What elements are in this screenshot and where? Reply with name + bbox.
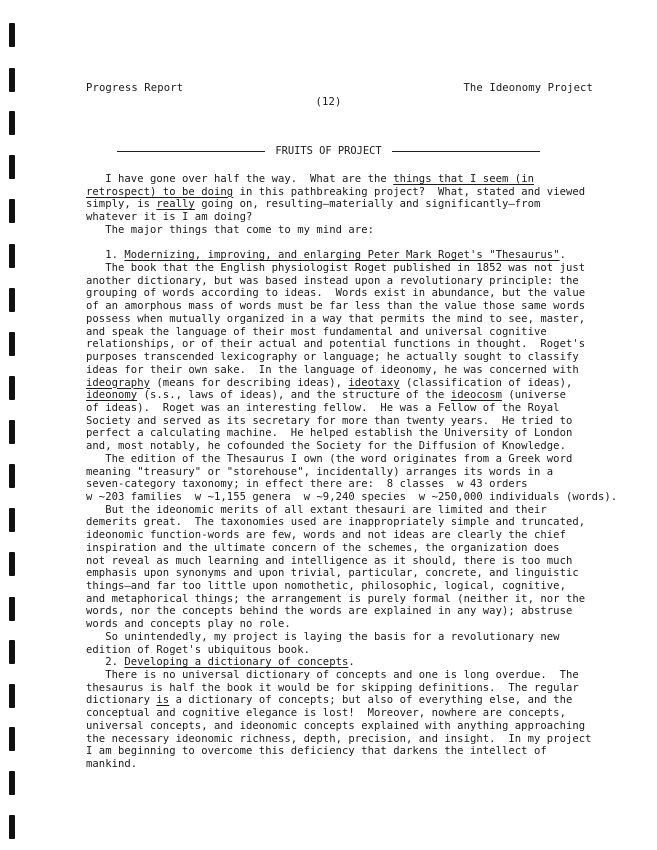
binding-mark xyxy=(9,508,15,532)
text-run: universal concepts, and ideonomic concep… xyxy=(86,720,585,732)
text-line: inspiration and the ultimate concern of … xyxy=(86,542,636,555)
binding-mark xyxy=(9,111,15,135)
binding-mark xyxy=(9,332,15,356)
binding-mark xyxy=(9,376,15,400)
section-title: FRUITS OF PROJECT xyxy=(275,145,381,157)
text-run: of ideas). Roget was an interesting fell… xyxy=(86,402,560,414)
text-run: But the ideonomic merits of all extant t… xyxy=(86,504,547,516)
text-line: thesaurus is half the book it would be f… xyxy=(86,682,636,695)
text-run: and metaphorical things; the arrangement… xyxy=(86,593,585,605)
text-line: 2. Developing a dictionary of concepts. xyxy=(86,656,636,669)
text-run: possess when mutually organized in a way… xyxy=(86,313,585,325)
text-line: But the ideonomic merits of all extant t… xyxy=(86,504,636,517)
text-run: words, nor the concepts behind the words… xyxy=(86,605,572,617)
text-line: not reveal as much learning and intellig… xyxy=(86,555,636,568)
text-line: mankind. xyxy=(86,758,636,771)
text-line: the necessary ideonomic richness, depth,… xyxy=(86,733,636,746)
text-run: edition of Roget's ubiquitous book. xyxy=(86,644,310,656)
text-line: Society and served as its secretary for … xyxy=(86,415,636,428)
text-run: 2. xyxy=(86,656,124,668)
underlined-text: Modernizing, improving, and enlarging Pe… xyxy=(124,249,559,261)
binding-mark xyxy=(9,23,15,47)
text-line: dictionary is a dictionary of concepts; … xyxy=(86,694,636,707)
text-run: I have gone over half the way. What are … xyxy=(86,173,393,185)
text-run: going on, resulting—materially and signi… xyxy=(195,198,541,210)
document-page: Progress Report The Ideonomy Project (12… xyxy=(0,0,657,850)
text-run: So unintendedly, my project is laying th… xyxy=(86,631,560,643)
text-run: emphasis upon synonyms and upon trivial,… xyxy=(86,567,579,579)
underlined-text: retrospect) to be doing xyxy=(86,186,233,198)
text-line: edition of Roget's ubiquitous book. xyxy=(86,644,636,657)
text-line: I am beginning to overcome this deficien… xyxy=(86,745,636,758)
underlined-text: things that I seem (in xyxy=(393,173,534,185)
text-run: mankind. xyxy=(86,758,137,770)
section-heading: FRUITS OF PROJECT xyxy=(0,145,657,157)
text-line: simply, is really going on, resulting—ma… xyxy=(86,198,636,211)
text-run: The book that the English physiologist R… xyxy=(86,262,585,274)
binding-mark xyxy=(9,244,15,268)
text-run: things—and far too little upon nomotheti… xyxy=(86,580,566,592)
text-line: The edition of the Thesaurus I own (the … xyxy=(86,453,636,466)
text-run: purposes transcended lexicography or lan… xyxy=(86,351,579,363)
body-text: I have gone over half the way. What are … xyxy=(86,173,636,771)
text-run: whatever it is I am doing? xyxy=(86,211,252,223)
underlined-text: ideography xyxy=(86,377,150,389)
text-run: . xyxy=(348,656,354,668)
text-line: whatever it is I am doing? xyxy=(86,211,636,224)
text-run: There is no universal dictionary of conc… xyxy=(86,669,579,681)
text-line: perfect a calculating machine. He helped… xyxy=(86,427,636,440)
text-line: grouping of words according to ideas. Wo… xyxy=(86,287,636,300)
text-run: The major things that come to my mind ar… xyxy=(86,224,374,236)
page-number: (12) xyxy=(0,96,657,108)
text-run: (s.s., laws of ideas), and the structure… xyxy=(137,389,451,401)
text-line: universal concepts, and ideonomic concep… xyxy=(86,720,636,733)
text-run: another dictionary, but was based instea… xyxy=(86,275,579,287)
underlined-text: really xyxy=(156,198,194,210)
text-run: perfect a calculating machine. He helped… xyxy=(86,427,572,439)
text-run: thesaurus is half the book it would be f… xyxy=(86,682,579,694)
text-run: seven-category taxonomy; in effect there… xyxy=(86,478,528,490)
text-line: w ~203 families w ~1,155 genera w ~9,240… xyxy=(86,491,636,504)
binding-mark xyxy=(9,155,15,179)
text-run: The edition of the Thesaurus I own (the … xyxy=(86,453,572,465)
text-run: demerits great. The taxonomies used are … xyxy=(86,516,585,528)
text-run: simply, is xyxy=(86,198,156,210)
underlined-text: is xyxy=(156,694,169,706)
section-rule-left xyxy=(117,151,265,152)
underlined-text: ideocosm xyxy=(451,389,502,401)
text-run: 1. xyxy=(86,249,124,261)
binding-mark xyxy=(9,727,15,751)
text-run: words and concepts play no role. xyxy=(86,618,291,630)
text-line: purposes transcended lexicography or lan… xyxy=(86,351,636,364)
text-line: of ideas). Roget was an interesting fell… xyxy=(86,402,636,415)
text-line: The major things that come to my mind ar… xyxy=(86,224,636,237)
text-line: retrospect) to be doing in this pathbrea… xyxy=(86,186,636,199)
text-line: things—and far too little upon nomotheti… xyxy=(86,580,636,593)
text-line xyxy=(86,237,636,250)
text-run: inspiration and the ultimate concern of … xyxy=(86,542,560,554)
text-line: The book that the English physiologist R… xyxy=(86,262,636,275)
text-line: of an amorphous mass of words must be fa… xyxy=(86,300,636,313)
text-line: 1. Modernizing, improving, and enlarging… xyxy=(86,249,636,262)
text-line: conceptual and cognitive elegance is los… xyxy=(86,707,636,720)
text-run: of an amorphous mass of words must be fa… xyxy=(86,300,585,312)
text-line: There is no universal dictionary of conc… xyxy=(86,669,636,682)
text-line: emphasis upon synonyms and upon trivial,… xyxy=(86,567,636,580)
text-line: and metaphorical things; the arrangement… xyxy=(86,593,636,606)
binding-mark xyxy=(9,640,15,664)
text-run: in this pathbreaking project? What, stat… xyxy=(233,186,585,198)
text-run: not reveal as much learning and intellig… xyxy=(86,555,572,567)
text-line: ideonomy (s.s., laws of ideas), and the … xyxy=(86,389,636,402)
text-line: So unintendedly, my project is laying th… xyxy=(86,631,636,644)
text-run: and, most notably, he cofounded the Soci… xyxy=(86,440,566,452)
text-line: relationships, or of their actual and po… xyxy=(86,338,636,351)
text-run: . xyxy=(560,249,566,261)
underlined-text: ideotaxy xyxy=(348,377,399,389)
underlined-text: Developing a dictionary of concepts xyxy=(124,656,348,668)
text-line: seven-category taxonomy; in effect there… xyxy=(86,478,636,491)
text-run: dictionary xyxy=(86,694,156,706)
text-line: meaning "treasury" or "storehouse", inci… xyxy=(86,466,636,479)
text-line: words, nor the concepts behind the words… xyxy=(86,605,636,618)
binding-mark xyxy=(9,771,15,795)
text-run: the necessary ideonomic richness, depth,… xyxy=(86,733,592,745)
text-line: another dictionary, but was based instea… xyxy=(86,275,636,288)
binding-mark xyxy=(9,68,15,92)
text-line: ideonomic function-words are few, words … xyxy=(86,529,636,542)
text-run: relationships, or of their actual and po… xyxy=(86,338,585,350)
text-run: (means for describing ideas), xyxy=(150,377,348,389)
text-line: words and concepts play no role. xyxy=(86,618,636,631)
text-run: grouping of words according to ideas. Wo… xyxy=(86,287,585,299)
header-right: The Ideonomy Project xyxy=(463,82,593,94)
text-line: possess when mutually organized in a way… xyxy=(86,313,636,326)
text-line: demerits great. The taxonomies used are … xyxy=(86,516,636,529)
text-run: I am beginning to overcome this deficien… xyxy=(86,745,547,757)
text-run: w ~203 families w ~1,155 genera w ~9,240… xyxy=(86,491,617,503)
binding-mark xyxy=(9,684,15,708)
binding-mark xyxy=(9,464,15,488)
text-run: (classification of ideas), xyxy=(400,377,573,389)
text-run: ideas for their own sake. In the languag… xyxy=(86,364,579,376)
binding-mark xyxy=(9,199,15,223)
binding-mark xyxy=(9,597,15,621)
text-run: (universe xyxy=(502,389,566,401)
text-line: and, most notably, he cofounded the Soci… xyxy=(86,440,636,453)
binding-mark xyxy=(9,552,15,576)
underlined-text: ideonomy xyxy=(86,389,137,401)
binding-mark xyxy=(9,288,15,312)
binding-mark xyxy=(9,815,15,839)
text-run: ideonomic function-words are few, words … xyxy=(86,529,566,541)
text-run: conceptual and cognitive elegance is los… xyxy=(86,707,566,719)
header-left: Progress Report xyxy=(86,82,183,94)
text-run: meaning "treasury" or "storehouse", inci… xyxy=(86,466,553,478)
text-line: and speak the language of their most fun… xyxy=(86,326,636,339)
text-line: I have gone over half the way. What are … xyxy=(86,173,636,186)
text-run: Society and served as its secretary for … xyxy=(86,415,572,427)
section-rule-right xyxy=(392,151,540,152)
text-run: a dictionary of concepts; but also of ev… xyxy=(169,694,572,706)
text-run: and speak the language of their most fun… xyxy=(86,326,547,338)
binding-mark xyxy=(9,420,15,444)
text-line: ideas for their own sake. In the languag… xyxy=(86,364,636,377)
text-line: ideography (means for describing ideas),… xyxy=(86,377,636,390)
